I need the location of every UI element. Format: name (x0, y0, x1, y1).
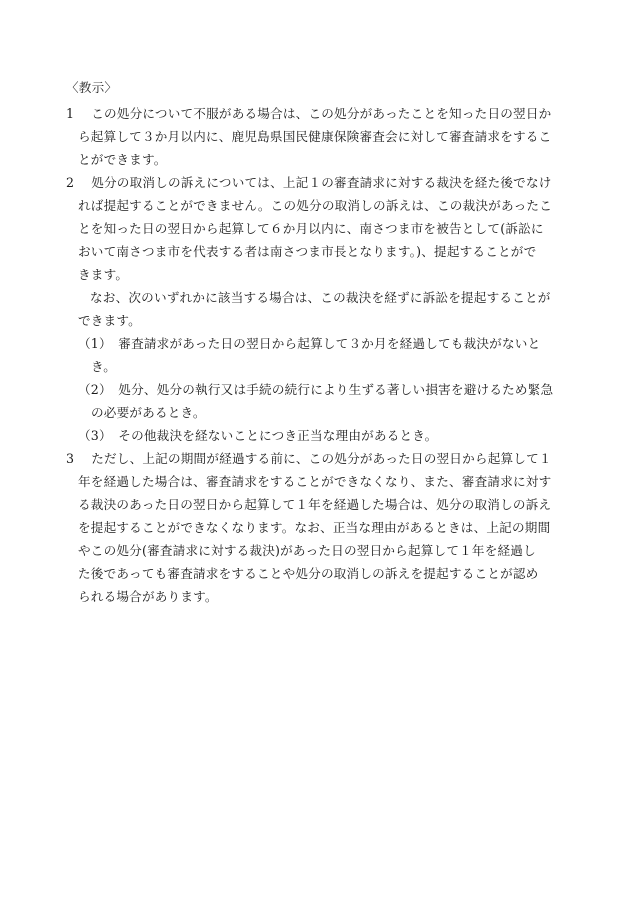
text-line: きます。 (78, 267, 128, 283)
text-line: ら起算して３か月以内に、鹿児島県国民健康保険審査会に対して審査請求をするこ (78, 129, 551, 145)
text-line: を提起することができなくなります。なお、正当な理由があるときは、上記の期間 (78, 520, 550, 536)
text-line: （3） その他裁決を経ないことにつき正当な理由があるとき。 (78, 428, 437, 444)
text-line: る裁決のあった日の翌日から起算して１年を経過した場合は、処分の取消しの訴え (78, 497, 551, 513)
text-line: られる場合があります。 (78, 589, 218, 605)
document-heading: 〈教示〉 (66, 80, 117, 96)
text-line: やこの処分(審査請求に対する裁決)があった日の翌日から起算して１年を経過し (78, 543, 536, 559)
text-line: とができます。 (78, 152, 167, 168)
text-line: おいて南さつま市を代表する者は南さつま市長となります。)、提起することがで (78, 244, 536, 260)
text-line: とを知った日の翌日から起算して６か月以内に、南さつま市を被告として(訴訟に (78, 221, 544, 237)
text-line: 1 この処分について不服がある場合は、この処分があったことを知った日の翌日か (66, 106, 551, 122)
text-line: （1） 審査請求があった日の翌日から起算して３か月を経過しても裁決がないと (78, 336, 540, 352)
text-line: なお、次のいずれかに該当する場合は、この裁決を経ずに訴訟を提起することが (90, 290, 551, 306)
text-line: 2 処分の取消しの訴えについては、上記１の審査請求に対する裁決を経た後でなけ (66, 175, 552, 191)
text-line: れば提起することができません。この処分の取消しの訴えは、この裁決があったこ (78, 198, 552, 214)
text-line: 3 ただし、上記の期間が経過する前に、この処分があった日の翌日から起算して１ (66, 451, 552, 467)
text-line: の必要があるとき。 (91, 405, 206, 421)
text-line: （2） 処分、処分の執行又は手続の続行により生ずる著しい損害を避けるため緊急 (78, 382, 553, 398)
text-line: 年を経過した場合は、審査請求をすることができなくなり、また、審査請求に対す (78, 474, 551, 490)
text-line: き。 (91, 359, 116, 375)
text-line: た後であっても審査請求をすることや処分の取消しの訴えを提起することが認め (78, 566, 538, 582)
text-line: できます。 (78, 313, 141, 329)
